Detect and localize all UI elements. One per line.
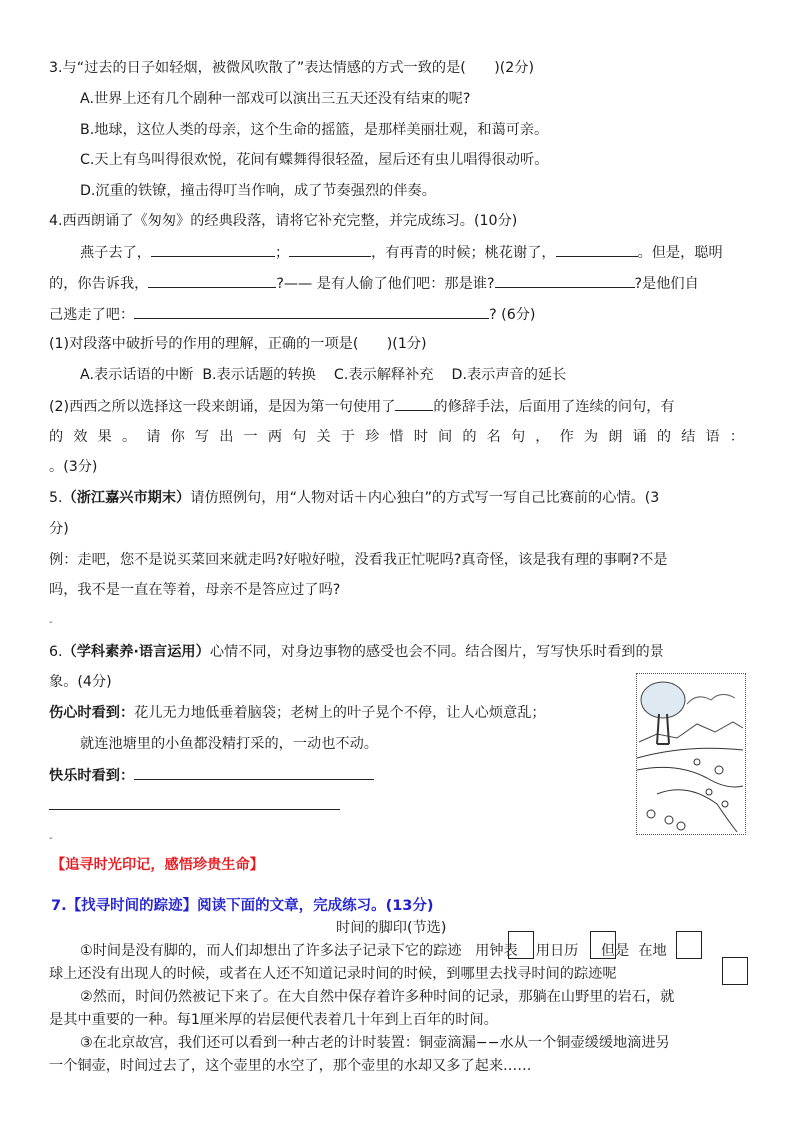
spread-char: 诵 (633, 427, 647, 447)
landscape-illustration (636, 673, 746, 835)
q6-sad-line1: 伤心时看到：花儿无力地低垂着脑袋；老树上的叶子晃个不停，让人心烦意乱； (49, 703, 546, 723)
spread-char: 效 (73, 427, 87, 447)
q4-stem: 4.西西朗诵了《匆匆》的经典段落，请将它补充完整，并完成练习。(10分) (49, 211, 517, 231)
sub2-text: 的修辞手法，后面用了连续的问句，有 (433, 399, 674, 415)
q6-sad-line2: 就连池塘里的小鱼都没精打采的，一动也不动。 (80, 734, 378, 754)
q6-stem-line2: 象。(4分) (49, 672, 112, 692)
spread-char: 请 (146, 427, 160, 447)
spread-char: 两 (268, 427, 282, 447)
spread-char: 珍 (365, 427, 379, 447)
para-text: ①时间是没有脚的，而人们却想出了许多法子记录下它的踪迹 (80, 943, 462, 959)
sad-label: 伤心时看到： (49, 705, 134, 721)
para-text: 在地 (638, 943, 666, 959)
spread-char: 朗 (608, 427, 622, 447)
landscape-sketch-icon (637, 674, 745, 834)
q5-source: （浙江嘉兴市期末） (63, 490, 191, 506)
fill-blank-3[interactable] (556, 242, 638, 257)
spread-char: 为 (584, 427, 598, 447)
spread-char: 于 (341, 427, 355, 447)
happy-label: 快乐时看到： (49, 768, 134, 784)
sub2-text: (2)西西之所以选择这一段来朗诵，是因为第一句使用了 (49, 399, 395, 415)
fill-blank-4[interactable] (148, 273, 276, 288)
sad-text: 花儿无力地低垂着脑袋；老树上的叶子晃个不停，让人心烦意乱； (134, 705, 545, 721)
spread-char: 。 (122, 427, 136, 447)
passage-text: ?是他们自 (635, 276, 699, 292)
q4-sub2-line1: (2)西西之所以选择这一段来朗诵，是因为第一句使用了的修辞手法，后面用了连续的问… (49, 396, 675, 417)
spread-char: 语 (705, 427, 719, 447)
spread-char: 的 (49, 427, 63, 447)
passage-text: ? (6分) (489, 307, 535, 323)
passage-text: ； (275, 245, 289, 261)
option-a: A.表示话语的中断 (80, 367, 193, 383)
q5-example-line2: 吗，我不是一直在等着，母亲不是答应过了吗? (49, 580, 340, 600)
passage-text: 己逃走了吧： (49, 307, 134, 323)
q5-example-line1: 例：走吧，您不是说买菜回来就走吗?好啦好啦，没看我正忙呢吗?真奇怪，该是我有理的… (49, 550, 667, 570)
q3-option-d: D.沉重的铁镣，撞击得叮当作响，成了节奏强烈的伴奏。 (80, 181, 436, 201)
q4-passage-line3: 己逃走了吧：? (6分) (49, 304, 535, 325)
spread-char: 间 (438, 427, 452, 447)
spread-char: 时 (414, 427, 428, 447)
happy-answer-blank-2[interactable] (49, 809, 340, 810)
article-para1-line1: ①时间是没有脚的，而人们却想出了许多法子记录下它的踪迹 用钟表 用日历 但是 在… (80, 941, 667, 961)
punctuation-box-1[interactable] (508, 931, 534, 959)
passage-text: 燕子去了， (80, 245, 151, 261)
spread-char: 作 (560, 427, 574, 447)
punctuation-box-4[interactable] (722, 957, 748, 985)
q5-stem-line2: 分) (49, 519, 69, 539)
spread-char: ， (535, 427, 549, 447)
passage-text: ，有再青的时候；桃花谢了， (371, 245, 555, 261)
answer-space-marker: - (49, 833, 53, 844)
answer-space-marker: - (49, 617, 53, 628)
fill-blank-5[interactable] (495, 273, 635, 288)
q4-sub2-line3: 。(3分) (49, 457, 97, 477)
punctuation-box-2[interactable] (590, 931, 616, 959)
fill-blank-1[interactable] (151, 242, 275, 257)
spread-char: ： (730, 427, 744, 447)
q6-source: （学科素养·语言运用） (63, 644, 210, 660)
q7-heading: 7.【找寻时间的踪迹】阅读下面的文章，完成练习。(13分) (51, 896, 434, 916)
spread-char: 结 (681, 427, 695, 447)
fill-blank-2[interactable] (289, 242, 371, 257)
q5-number: 5. (49, 490, 63, 506)
q3-option-c: C.天上有鸟叫得很欢悦，花间有蝶舞得很轻盈，屋后还有虫儿唱得很动听。 (80, 150, 548, 170)
happy-answer-blank-1[interactable] (134, 765, 374, 780)
q3-option-b: B.地球，这位人类的母亲，这个生命的摇篮，是那样美丽壮观，和蔼可亲。 (80, 120, 548, 140)
q5-stem-line1: 5.（浙江嘉兴市期末）请仿照例句，用“人物对话＋内心独白”的方式写一写自己比赛前… (49, 488, 659, 508)
spread-char: 关 (316, 427, 330, 447)
spread-char: 句 (292, 427, 306, 447)
q4-passage-line1: 燕子去了，；，有再青的时候；桃花谢了，。但是，聪明 (80, 242, 723, 263)
q4-sub1-stem: (1)对段落中破折号的作用的理解，正确的一项是( )(1分) (49, 334, 427, 354)
spread-char: 名 (487, 427, 501, 447)
q6-stem: 心情不同，对身边事物的感受也会不同。结合图片，写写快乐时看到的景 (210, 644, 664, 660)
q6-happy-line: 快乐时看到： (49, 765, 374, 786)
article-para3-line1: ③在北京故宫，我们还可以看到一种古老的计时装置：铜壶滴漏−−水从一个铜壶缓缓地滴… (80, 1033, 670, 1053)
section-header: 【追寻时光印记，感悟珍贵生命】 (51, 855, 264, 875)
passage-text: 。但是，聪明 (638, 245, 723, 261)
q3-stem: 3.与“过去的日子如轻烟，被微风吹散了”表达情感的方式一致的是( )(2分) (49, 58, 534, 78)
article-para3-line2: 一个铜壶，时间过去了，这个壶里的水空了，那个壶里的水却又多了起来…… (49, 1056, 531, 1076)
passage-text: 的，你告诉我， (49, 276, 148, 292)
spread-char: 一 (244, 427, 258, 447)
fill-blank-6[interactable] (134, 304, 489, 319)
spread-char: 句 (511, 427, 525, 447)
article-para2-line2: 是其中重要的一种。每1厘米厚的岩层便代表着几十年到上百年的时间。 (49, 1010, 498, 1030)
passage-text: ?—— 是有人偷了他们吧：那是谁? (276, 276, 494, 292)
option-d: D.表示声音的延长 (452, 367, 567, 383)
spread-char: 出 (219, 427, 233, 447)
spread-char: 写 (195, 427, 209, 447)
q4-sub1-options: A.表示话语的中断 B.表示话题的转换 C.表示解释补充 D.表示声音的延长 (80, 365, 566, 385)
option-c: C.表示解释补充 (334, 367, 434, 383)
article-para1-line2: 球上还没有出现人的时候，或者在人还不知道记录时间的时候，到哪里去找寻时间的踪迹呢 (49, 964, 617, 984)
option-b: B.表示话题的转换 (202, 367, 316, 383)
q5-stem: 请仿照例句，用“人物对话＋内心独白”的方式写一写自己比赛前的心情。(3 (190, 490, 659, 506)
q6-stem-line1: 6.（学科素养·语言运用）心情不同，对身边事物的感受也会不同。结合图片，写写快乐… (49, 642, 664, 662)
article-para2-line1: ②然而，时间仍然被记下来了。在大自然中保存着许多种时间的记录，那躺在山野里的岩石… (80, 987, 674, 1007)
spread-char: 果 (98, 427, 112, 447)
q3-option-a: A.世界上还有几个剧种一部戏可以演出三五天还没有结束的呢? (80, 89, 470, 109)
spread-char: 的 (657, 427, 671, 447)
para-text: 用日历 (536, 943, 579, 959)
q6-number: 6. (49, 644, 63, 660)
punctuation-box-3[interactable] (676, 931, 702, 959)
article-title: 时间的脚印(节选) (336, 918, 446, 938)
spread-char: 的 (462, 427, 476, 447)
fill-blank-rhetoric[interactable] (395, 396, 433, 411)
q4-passage-line2: 的，你告诉我，?—— 是有人偷了他们吧：那是谁??是他们自 (49, 273, 699, 294)
q4-sub2-line2: 的效果。请你写出一两句关于珍惜时间的名句，作为朗诵的结语： (49, 427, 744, 447)
spread-char: 你 (171, 427, 185, 447)
spread-char: 惜 (389, 427, 403, 447)
